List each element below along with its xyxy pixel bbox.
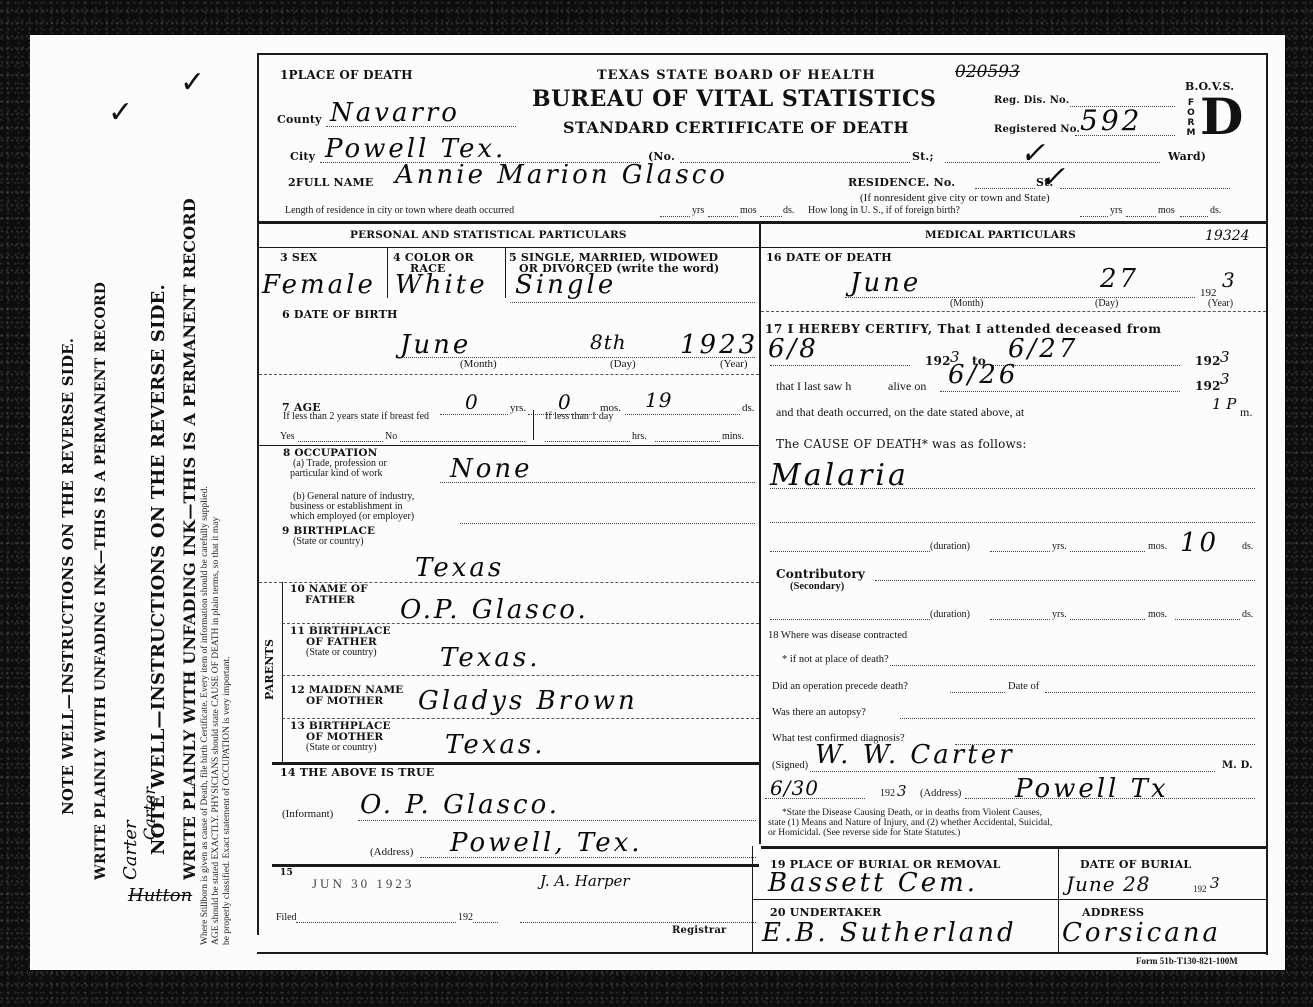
informant-label: (Informant) [282,808,333,820]
margin-instructions: Where Stillborn is given as cause of Dea… [200,486,233,945]
signed-date[interactable]: 6/30 [770,776,819,800]
margin-annotation: Carter [120,820,141,880]
margin-write-2: WRITE PLAINLY WITH UNFADING INK—THIS IS … [180,198,199,880]
frame-top [257,53,1267,55]
county-label: County [277,113,322,126]
informant-address-label: (Address) [370,846,413,858]
full-name-label: 2FULL NAME [288,176,374,189]
margin-write-text: WRITE PLAINLY WITH UNFADING INK—THIS IS … [180,198,199,880]
contributory-label: Contributory [776,567,865,581]
filed-field[interactable] [296,922,456,923]
undertaker-value[interactable]: E.B. Sutherland [762,918,1017,948]
marital-value[interactable]: Single [515,270,616,300]
county-value[interactable]: Navarro [330,98,460,128]
footnote: *State the Disease Causing Death, or in … [782,808,1042,818]
date-of-death-year[interactable]: 3 [1222,268,1236,292]
occupation-value[interactable]: None [450,454,533,484]
industry-field[interactable] [460,523,755,524]
margin-write-text: WRITE PLAINLY WITH UNFADING INK—THIS IS … [93,282,109,880]
date-of-death-label: 16 DATE OF DEATH [766,251,892,264]
filed-date-stamp: JUN 30 1923 [312,876,414,892]
stamp-number: 020593 [955,62,1020,82]
dob-label: 6 DATE OF BIRTH [282,308,398,321]
burial-date-label: DATE OF BURIAL [1080,858,1191,871]
disease-contracted-field[interactable] [890,665,1255,666]
frame-right [1266,53,1268,955]
margin-note-text: NOTE WELL—INSTRUCTIONS ON THE REVERSE SI… [59,338,77,815]
form-number: Form 51b-T130-821-100M [1136,956,1238,966]
color-value[interactable]: White [395,270,488,300]
form-d-letter: D [1200,92,1243,142]
margin-annotation: Carter [140,787,159,840]
margin-note-1: NOTE WELL—INSTRUCTIONS ON THE REVERSE SI… [58,338,77,815]
foreign-birth-label: How long in U. S., if of foreign birth? [808,205,960,216]
cause-of-death-label: The CAUSE OF DEATH* was as follows: [776,437,1027,451]
attended-to-value[interactable]: 6/27 [1008,334,1078,364]
physician-address[interactable]: Powell Tx [1015,774,1169,804]
residence-check-icon: ✓ [1040,160,1068,195]
undertaker-address-value[interactable]: Corsicana [1062,918,1221,948]
margin-write-1: WRITE PLAINLY WITH UNFADING INK—THIS IS … [90,282,109,880]
burial-place-value[interactable]: Bassett Cem. [768,868,978,898]
medical-stamp-number: 19324 [1205,228,1250,244]
operation-field[interactable] [950,692,1005,693]
margin-annotation: Hutton [128,885,192,906]
instruction-line-2: AGE should be stated EXACTLY. PHYSICIANS… [211,486,222,945]
bureau-title: BUREAU OF VITAL STATISTICS [532,86,936,112]
board-title: TEXAS STATE BOARD OF HEALTH [597,68,876,83]
checkmark-icon: ✓ [108,95,133,130]
checkmark-icon: ✓ [180,65,205,100]
full-name-value[interactable]: Annie Marion Glasco [395,160,728,190]
registered-no-label: Registered No. [994,124,1080,135]
margin-note-text: NOTE WELL—INSTRUCTIONS ON THE REVERSE SI… [148,284,169,855]
last-saw-label: that I last saw h [776,379,851,394]
registered-no-field [1075,135,1175,136]
form-vertical-label: FORM [1186,98,1196,138]
death-time-value[interactable]: 1 P [1212,395,1236,413]
above-is-true-label: 14 THE ABOVE IS TRUE [280,766,434,779]
informant-value[interactable]: O. P. Glasco. [360,790,560,820]
less-than-day-label: If less than 1 day [545,411,613,422]
father-name-value[interactable]: O.P. Glasco. [400,595,589,625]
autopsy-field[interactable] [900,718,1255,719]
physician-signature[interactable]: W. W. Carter [815,740,1015,770]
personal-section-title: PERSONAL AND STATISTICAL PARTICULARS [350,229,627,241]
breast-fed-yes-field[interactable] [298,441,383,442]
dob-month[interactable]: June [400,330,471,360]
dob-year[interactable]: 1923 [680,330,758,360]
column-divider [759,224,761,844]
signed-label: (Signed) [772,760,808,771]
last-saw-date[interactable]: 6/26 [948,360,1018,390]
cause-duration-days[interactable]: 10 [1180,528,1219,558]
mother-maiden-name-value[interactable]: Gladys Brown [418,686,638,716]
death-occurred-label: and that death occurred, on the date sta… [776,405,1024,420]
age-years[interactable]: 0 [465,390,479,414]
contributory-field[interactable] [875,580,1255,581]
residence-label: RESIDENCE. No. [848,176,955,189]
attended-from-value[interactable]: 6/8 [768,334,819,364]
sex-label: 3 SEX [280,251,317,264]
frame-bottom [257,952,1267,954]
age-days[interactable]: 19 [645,388,672,412]
instruction-line-3: be properly classified. Exact statement … [222,486,233,945]
mother-birthplace-value[interactable]: Texas. [445,730,545,760]
frame-left [257,55,259,935]
disease-contracted-label: 18 Where was disease contracted [768,630,907,641]
divider [259,221,1266,224]
breast-fed-label: If less than 2 years state if breast fed [283,411,429,422]
burial-date-value[interactable]: June 28 [1066,872,1150,896]
breast-fed-no-field[interactable] [400,441,525,442]
registrar-signature: J. A. Harper [540,872,630,890]
sex-value[interactable]: Female [262,270,376,300]
certify-label: 17 I HEREBY CERTIFY, That I attended dec… [765,322,1162,336]
street-label: St.; [912,150,934,163]
medical-section-title: MEDICAL PARTICULARS [925,229,1076,241]
nonresident-note: (If nonresident give city or town and St… [860,192,1050,204]
registered-no-value[interactable]: 592 [1080,104,1142,137]
parents-label: PARENTS [263,639,276,700]
length-residence-label: Length of residence in city or town wher… [285,205,514,216]
date-of-death-month[interactable]: June [850,268,921,298]
ward-label: Ward) [1168,150,1206,163]
place-of-death-label: 1PLACE OF DEATH [280,68,413,82]
city-label: City [290,150,315,163]
birthplace-value[interactable]: Texas [415,553,504,583]
autopsy-label: Was there an autopsy? [772,707,866,718]
date-of-death-day[interactable]: 27 [1100,264,1139,294]
father-birthplace-value[interactable]: Texas. [440,643,540,673]
margin-note-2: NOTE WELL—INSTRUCTIONS ON THE REVERSE SI… [148,284,169,855]
operation-date-field[interactable] [1045,692,1255,693]
instruction-line-1: Where Stillborn is given as cause of Dea… [200,486,211,945]
operation-label: Did an operation precede death? [772,681,908,692]
dob-day[interactable]: 8th [590,330,627,354]
burial-year[interactable]: 3 [1210,874,1220,892]
certificate-title: STANDARD CERTIFICATE OF DEATH [563,118,909,137]
reg-dis-label: Reg. Dis. No. [994,95,1069,106]
informant-address-value[interactable]: Powell, Tex. [450,828,643,858]
